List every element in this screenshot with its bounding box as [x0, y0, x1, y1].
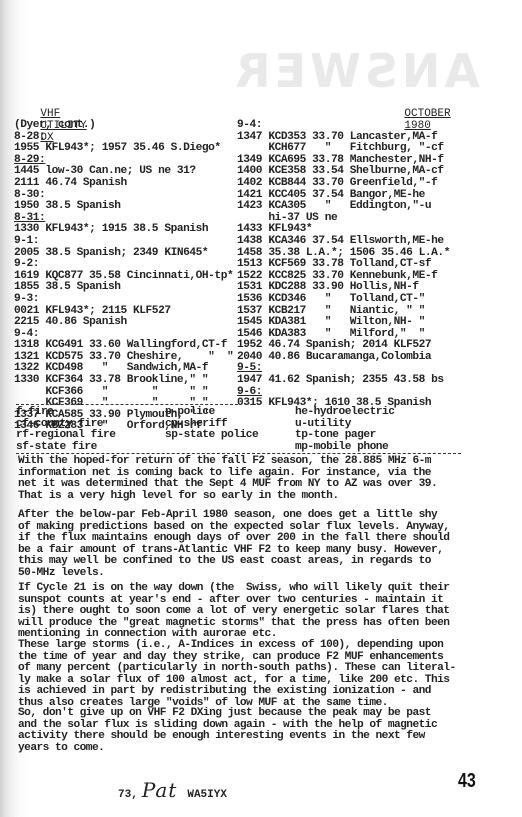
signature-callsign: WA5IYX	[187, 789, 227, 801]
legend-item: p-police	[165, 407, 258, 419]
issue-month: OCTOBER	[404, 108, 450, 120]
log-entry: 1950 38.5 Spanish	[14, 201, 233, 213]
paragraph: After the below-par Feb-April 1980 seaso…	[18, 510, 488, 580]
log-entry: 9-3:	[14, 294, 233, 306]
log-entry: 9-1:	[14, 236, 233, 248]
log-entry: 1545 KDA381 " Wilton,NH- "	[237, 317, 450, 329]
log-entry: 1438 KCA346 37.54 Ellsworth,ME-he	[237, 236, 450, 248]
log-entry: 1330 KCF364 33.78 Brookline," "	[14, 375, 233, 387]
legend-column-1: f-firecf-county firerf-regional firesf-s…	[16, 407, 115, 453]
document-page: ANSWER VHF UTILITY DX OCTOBER 1980 (Dyer…	[0, 0, 522, 817]
paragraph-line: years to come.	[18, 743, 488, 755]
legend-item: he-hydroelectric	[295, 407, 394, 419]
log-entry: 1947 41.62 Spanish; 2355 43.58 bs	[237, 375, 450, 387]
legend-item: sp-state police	[165, 430, 258, 442]
divider	[16, 453, 461, 454]
legend-item: sf-state fire	[16, 442, 115, 454]
paragraph: So, don't give up on VHF F2 DXing just b…	[18, 708, 488, 754]
log-entry: 1855 38.5 Spanish	[14, 282, 233, 294]
legend-column-3: he-hydroelectricu-utilitytp-tone pagermp…	[295, 407, 394, 453]
paragraph-line: That is a very high level for so early i…	[18, 491, 488, 503]
signature-closing: 73,	[118, 789, 138, 801]
log-column-right: 9-4:1347 KCD353 33.70 Lancaster,MA-f KCH…	[237, 120, 450, 410]
log-entry: 1402 KCB844 33.70 Greenfield,"-f	[237, 178, 450, 190]
log-entry: 9-2:	[14, 259, 233, 271]
log-entry: 2040 40.86 Bucaramanga,Colombia	[237, 352, 450, 364]
legend-item: f-fire	[16, 407, 115, 419]
log-entry: 1513 KCF569 33.78 Tolland,CT-sf	[237, 259, 450, 271]
legend-column-2: p-policecp-sheriffsp-state police	[165, 407, 258, 442]
paragraph: These large storms (i.e., A-Indices in e…	[18, 640, 488, 710]
paragraph-line: After the below-par Feb-April 1980 seaso…	[18, 510, 488, 522]
signature-name: Pat	[142, 778, 178, 802]
paragraph-line: If Cycle 21 is on the way down (the Swis…	[18, 583, 488, 595]
log-entry: (Dyer, cont.)	[14, 120, 233, 132]
paragraph: With the hoped-for return of the fall F2…	[18, 456, 488, 502]
log-column-left: (Dyer, cont.)8-28:1955 KFL943*; 1957 35.…	[14, 120, 233, 433]
paragraph-line: So, don't give up on VHF F2 DXing just b…	[18, 708, 488, 720]
paragraph: If Cycle 21 is on the way down (the Swis…	[18, 583, 488, 641]
paragraph-line: These large storms (i.e., A-Indices in e…	[18, 640, 488, 652]
log-entry: 1423 KCA305 " Eddington,"-u	[237, 201, 450, 213]
log-entry: 2111 46.74 Spanish	[14, 178, 233, 190]
log-entry: 2005 38.5 Spanish; 2349 KIN645*	[14, 248, 233, 260]
bleed-through-text: ANSWER	[150, 44, 480, 94]
log-entry: 1330 KFL943*; 1915 38.5 Spanish	[14, 224, 233, 236]
page-number: 43	[458, 770, 476, 793]
signature: 73,PatWA5IYX	[118, 778, 227, 802]
divider	[16, 404, 238, 405]
paragraph-line: 50-MHz levels.	[18, 568, 488, 580]
log-entry: 1955 KFL943*; 1957 35.46 S.Diego*	[14, 143, 233, 155]
paragraph-line: With the hoped-for return of the fall F2…	[18, 456, 488, 468]
legend-item: mp-mobile phone	[295, 442, 394, 454]
log-entry: 1536 KCD346 " Tolland,CT-"	[237, 294, 450, 306]
log-entry: 2215 40.86 Spanish	[14, 317, 233, 329]
log-entry: 9-4:	[237, 120, 450, 132]
